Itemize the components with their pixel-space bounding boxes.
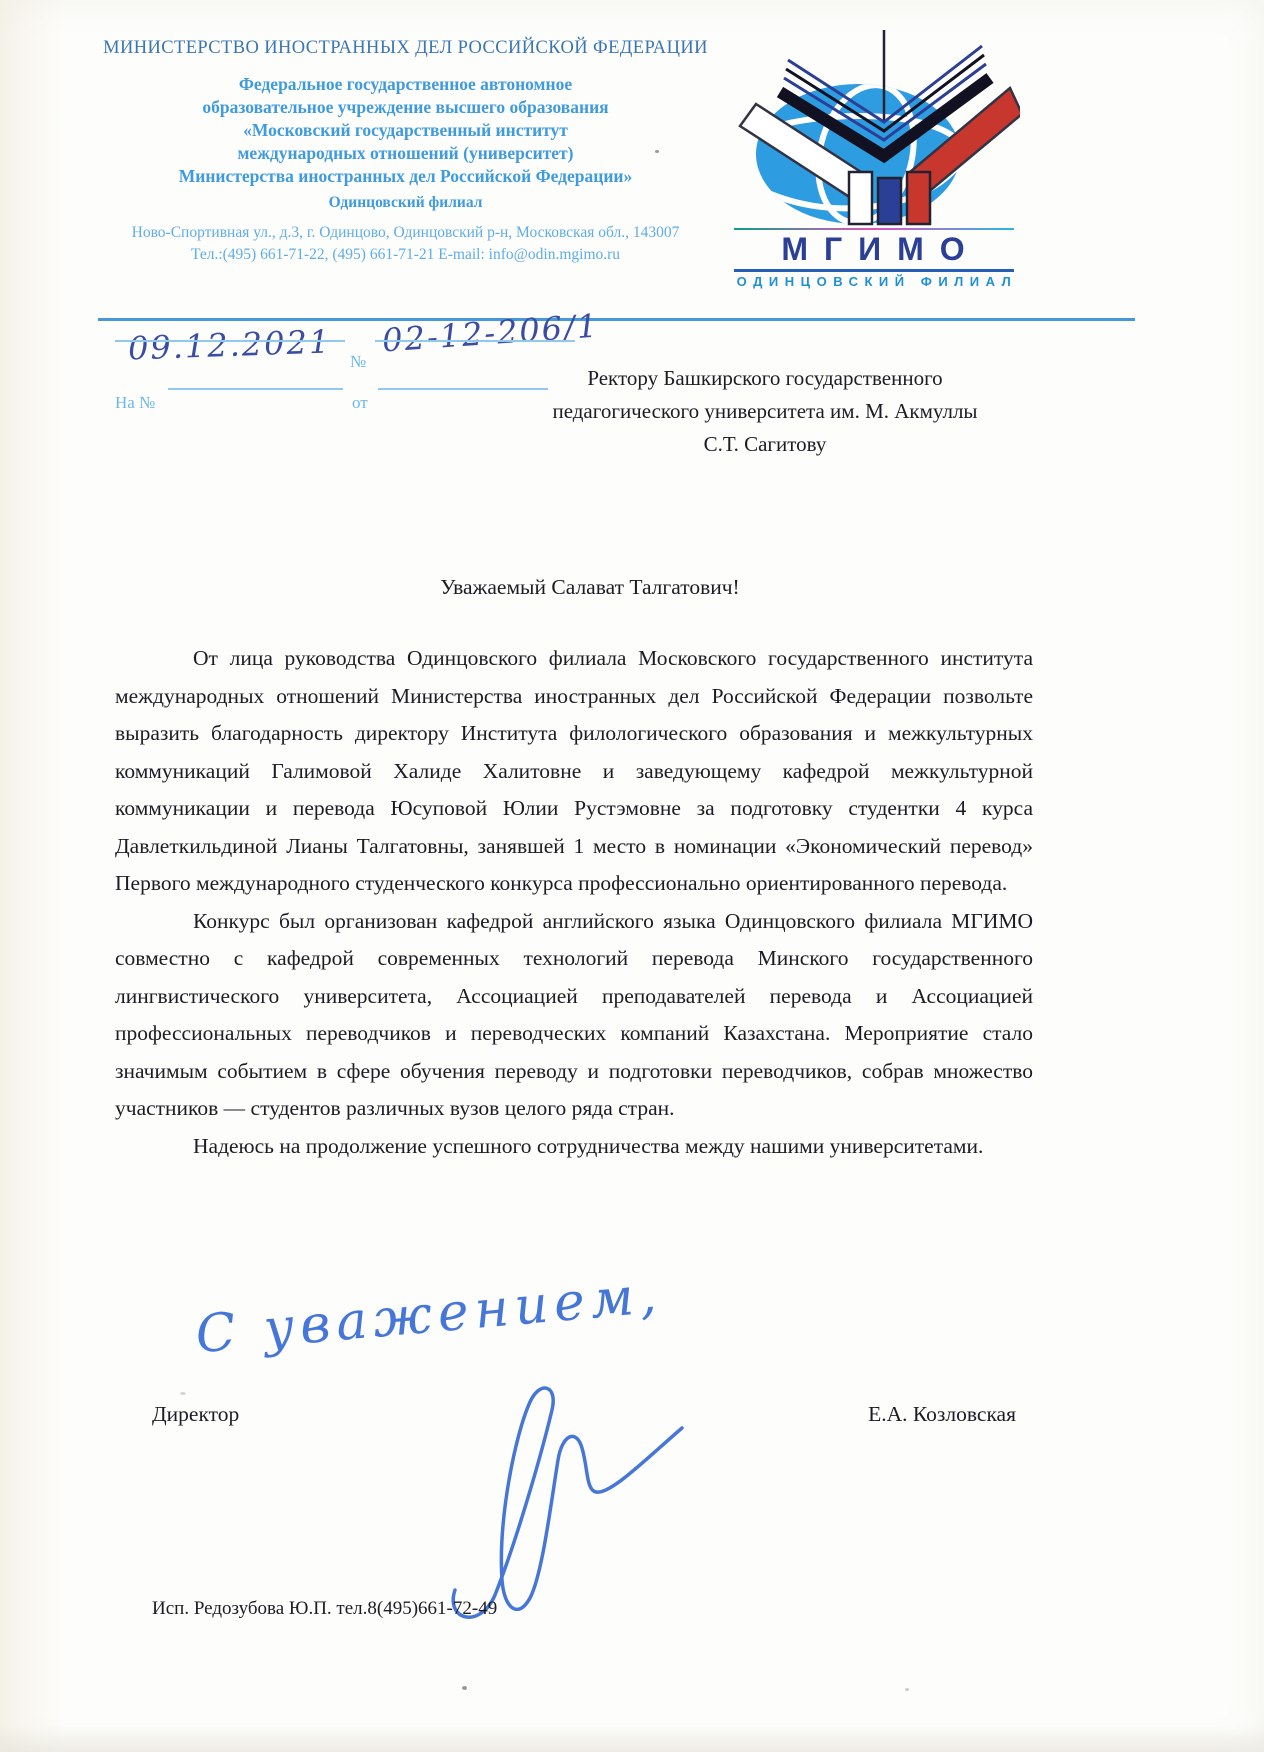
recipient-block: Ректору Башкирского государственного пед… [505,362,1025,461]
scan-speck [905,1688,909,1691]
reply-from-label: от [352,393,368,413]
org-line: Министерства иностранных дел Российской … [98,165,713,188]
body-paragraph: От лица руководства Одинцовского филиала… [115,640,1033,903]
executor-contact: Исп. Редозубова Ю.П. тел.8(495)661-72-49 [152,1598,497,1620]
address-block: Ново-Спортивная ул., д.3, г. Одинцово, О… [98,222,713,266]
org-line: международных отношений (университет) [98,142,713,165]
org-line: образовательное учреждение высшего образ… [98,96,713,119]
recipient-line: педагогического университета им. М. Акму… [505,395,1025,428]
signature-icon [390,1340,690,1640]
signer-name: Е.А. Козловская [868,1402,1016,1427]
letter-body: От лица руководства Одинцовского филиала… [115,640,1033,1165]
org-line: Федеральное государственное автономное [98,73,713,96]
handwritten-number: 02-12-206/1 [381,306,600,359]
scan-edge-artifact-bottom [0,1726,1264,1752]
scan-speck [180,1392,186,1395]
letterhead: МИНИСТЕРСТВО ИНОСТРАННЫХ ДЕЛ РОССИЙСКОЙ … [98,38,713,266]
reply-number-underline [168,388,343,390]
org-line: «Московский государственный институт [98,119,713,142]
logo-divider-bottom [734,269,1014,272]
body-paragraph: Надеюсь на продолжение успешного сотрудн… [115,1128,1033,1166]
address-line: Ново-Спортивная ул., д.3, г. Одинцово, О… [98,222,713,244]
organization-name: Федеральное государственное автономное о… [98,73,713,188]
mgimo-emblem-icon [728,26,1020,226]
flag-white-bar [849,172,872,224]
recipient-line: Ректору Башкирского государственного [505,362,1025,395]
salutation: Уважаемый Салават Талгатович! [130,575,1050,600]
signer-position: Директор [152,1402,239,1427]
recipient-line: С.Т. Сагитову [505,428,1025,461]
contacts-line: Тел.:(495) 661-71-22, (495) 661-71-21 E-… [98,244,713,266]
reply-to-label: На № [115,393,155,413]
logo-divider-top [734,228,1014,230]
letter-scan-page: МИНИСТЕРСТВО ИНОСТРАННЫХ ДЕЛ РОССИЙСКОЙ … [0,0,1264,1752]
flag-red-bar [907,172,930,224]
logo-subtitle: ОДИНЦОВСКИЙ ФИЛИАЛ [734,274,1020,289]
flag-blue-bar [878,178,901,224]
scan-edge-artifact [0,0,70,1752]
logo-wordmark: МГИМО [742,231,1020,268]
branch-name: Одинцовский филиал [98,194,713,212]
scan-speck [462,1686,467,1690]
handwritten-date: 09.12.2021 [127,322,331,367]
letterhead-separator-line [98,318,1135,321]
ministry-title: МИНИСТЕРСТВО ИНОСТРАННЫХ ДЕЛ РОССИЙСКОЙ … [98,38,713,59]
mgimo-logo: МГИМО ОДИНЦОВСКИЙ ФИЛИАЛ [728,26,1020,289]
body-paragraph: Конкурс был организован кафедрой английс… [115,903,1033,1128]
date-underline [115,340,345,342]
number-sign-label: № [350,352,366,372]
number-underline [375,340,575,342]
